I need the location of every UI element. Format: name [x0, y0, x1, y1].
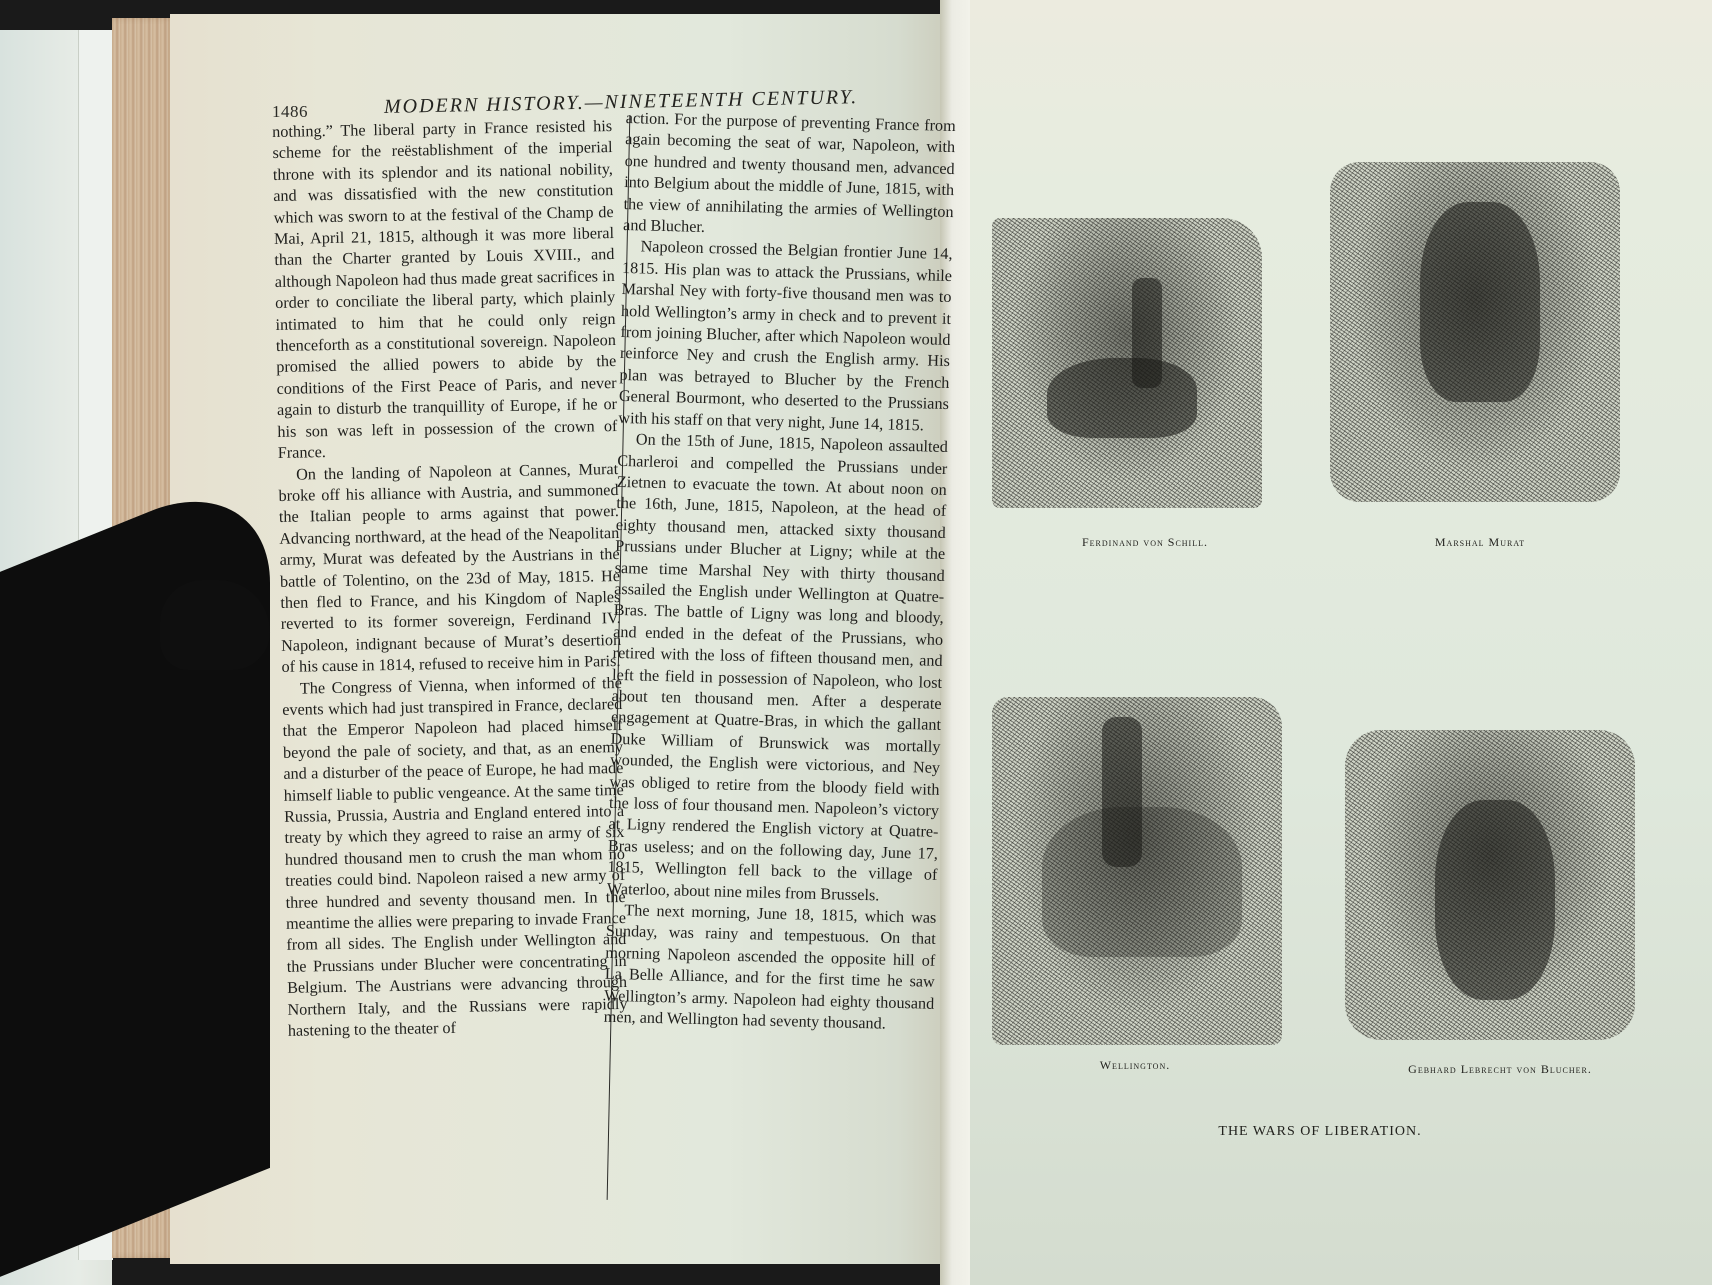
text-column-2: action. For the purpose of preventing Fr…: [599, 108, 956, 1216]
plate-title: THE WARS OF LIBERATION.: [1150, 1124, 1490, 1140]
open-book-photo: 1486 MODERN HISTORY.—NINETEENTH CENTURY.…: [0, 0, 1712, 1285]
caption-blucher: Gebhard Lebrecht von Blucher.: [1370, 1062, 1630, 1077]
paragraph: The next morning, June 18, 1815, which w…: [604, 900, 937, 1036]
caption-ferdinand-von-schill: Ferdinand von Schill.: [1045, 535, 1245, 550]
paragraph: The Congress of Vienna, when informed of…: [282, 673, 628, 1043]
caption-marshal-murat: Marshal Murat: [1380, 535, 1580, 550]
horse-silhouette: [1042, 807, 1242, 957]
paragraph: nothing.” The liberal party in France re…: [272, 116, 618, 464]
horse-silhouette: [1047, 358, 1197, 438]
caption-wellington: Wellington.: [1035, 1058, 1235, 1073]
rider-silhouette: [1132, 278, 1162, 388]
paragraph: Napoleon crossed the Belgian frontier Ju…: [618, 236, 953, 437]
rearing-horse-silhouette: [1420, 202, 1540, 402]
text-column-1: nothing.” The liberal party in France re…: [272, 116, 628, 1042]
illustration-marshal-murat: [1330, 162, 1620, 502]
illustration-ferdinand-von-schill: [992, 218, 1262, 508]
paragraph: On the 15th of June, 1815, Napoleon assa…: [607, 429, 948, 908]
paragraph: action. For the purpose of preventing Fr…: [623, 108, 956, 244]
gloved-thumb: [160, 580, 270, 670]
illustration-wellington: [992, 697, 1282, 1045]
illustration-blucher: [1345, 730, 1635, 1040]
paragraph: On the landing of Napoleon at Cannes, Mu…: [278, 459, 622, 679]
page-number: 1486: [272, 102, 308, 122]
galloping-horse-silhouette: [1435, 800, 1555, 1000]
rider-silhouette: [1102, 717, 1142, 867]
